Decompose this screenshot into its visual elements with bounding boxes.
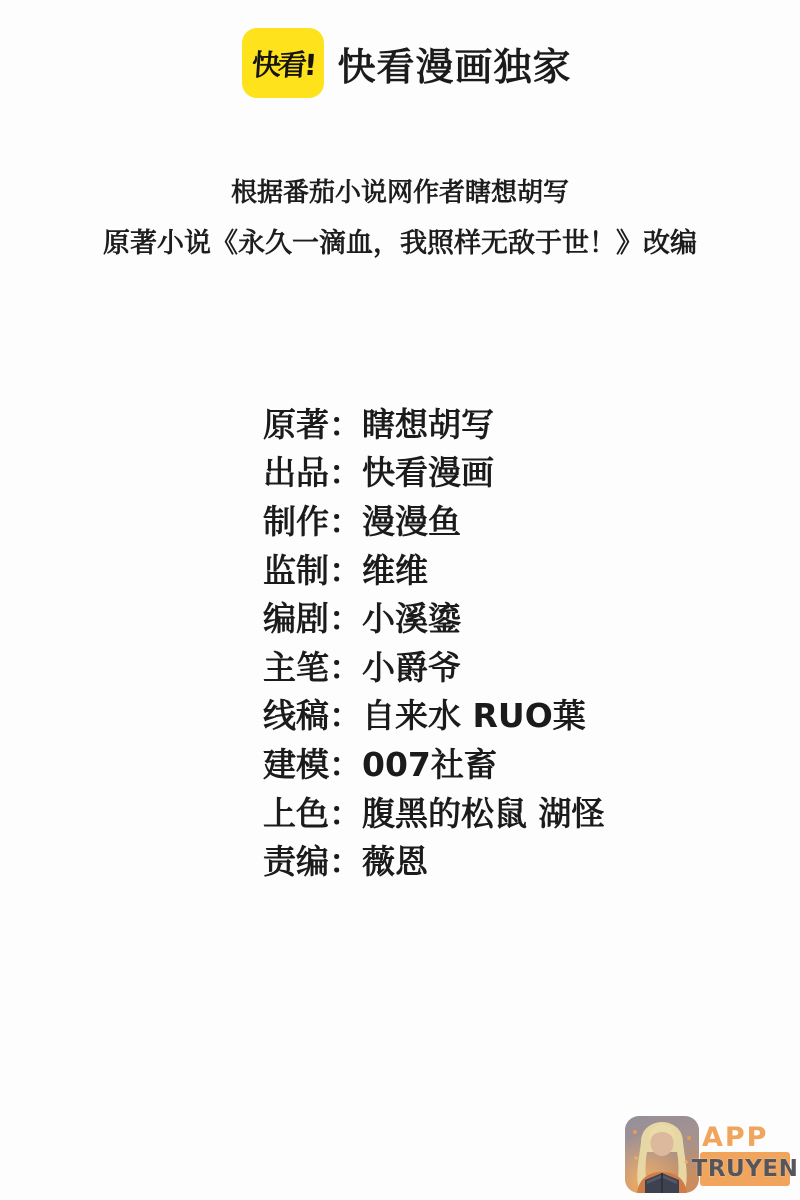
credit-person-value: 小爵爷 — [362, 642, 461, 689]
credit-person-value: 小溪鎏 — [362, 593, 461, 640]
credit-role-label: 上色 — [263, 788, 329, 835]
credit-separator: ： — [329, 642, 362, 689]
credit-separator: ： — [329, 788, 362, 835]
credit-row: 出品 ： 快看漫画 — [263, 447, 605, 496]
credit-separator: ： — [329, 447, 362, 494]
credit-person-value: 快看漫画 — [362, 447, 494, 494]
credit-role-label: 主笔 — [263, 642, 329, 689]
credit-separator: ： — [329, 836, 362, 883]
credit-row: 编剧 ： 小溪鎏 — [263, 592, 605, 641]
credit-row: 上色 ： 腹黑的松鼠 湖怪 — [263, 787, 605, 836]
credit-row: 原著 ： 瞎想胡写 — [263, 398, 605, 447]
watermark-app-label: APP — [702, 1122, 768, 1153]
credit-role-label: 责编 — [263, 836, 329, 883]
watermark-brand-label: TRUYEN — [692, 1156, 799, 1182]
credit-role-label: 线稿 — [263, 690, 329, 737]
comic-credits-page: 快看! 快看漫画独家 根据番茄小说网作者瞎想胡写 原著小说《永久一滴血，我照样无… — [0, 0, 800, 1200]
reading-character-avatar-icon — [625, 1116, 699, 1193]
credits-list: 原著 ： 瞎想胡写 出品 ： 快看漫画 制作 ： 漫漫鱼 监制 ： 维维 编剧 … — [263, 398, 605, 884]
credit-row: 线稿 ： 自来水 RUO葉 — [263, 690, 605, 739]
credit-separator: ： — [329, 399, 362, 446]
credit-separator: ： — [329, 545, 362, 592]
credit-person-value: 漫漫鱼 — [362, 496, 461, 543]
credit-person-value: 瞎想胡写 — [362, 399, 494, 446]
credit-role-label: 出品 — [263, 447, 329, 494]
credit-person-value: 维维 — [362, 545, 428, 592]
credit-person-value: 腹黑的松鼠 湖怪 — [362, 788, 605, 835]
credit-person-value: 薇恩 — [362, 836, 428, 883]
credit-separator: ： — [329, 593, 362, 640]
app-truyen-watermark: APP TRUYEN — [625, 1116, 795, 1196]
watermark-brand-badge: TRUYEN — [700, 1152, 790, 1186]
credit-row: 制作 ： 漫漫鱼 — [263, 495, 605, 544]
credit-row: 建模 ： 007社畜 — [263, 738, 605, 787]
kuaikan-logo-icon: 快看! — [251, 43, 316, 84]
credit-row: 责编 ： 薇恩 — [263, 835, 605, 884]
credit-role-label: 编剧 — [263, 593, 329, 640]
credit-role-label: 原著 — [263, 399, 329, 446]
adaptation-note-line2: 原著小说《永久一滴血，我照样无敌于世！》改编 — [0, 221, 800, 260]
credit-role-label: 制作 — [263, 496, 329, 543]
credit-role-label: 建模 — [263, 739, 329, 786]
credit-separator: ： — [329, 690, 362, 737]
credit-person-value: 007社畜 — [362, 739, 497, 786]
adaptation-note-line1: 根据番茄小说网作者瞎想胡写 — [0, 172, 800, 209]
publisher-exclusive-title: 快看漫画独家 — [337, 36, 571, 91]
credit-row: 主笔 ： 小爵爷 — [263, 641, 605, 690]
kuaikan-logo-badge: 快看! — [242, 28, 324, 98]
credit-person-value: 自来水 RUO葉 — [362, 690, 586, 737]
credit-role-label: 监制 — [263, 545, 329, 592]
credit-row: 监制 ： 维维 — [263, 544, 605, 593]
publisher-logo-row: 快看! 快看漫画独家 — [0, 28, 800, 98]
credit-separator: ： — [329, 496, 362, 543]
credit-separator: ： — [329, 739, 362, 786]
